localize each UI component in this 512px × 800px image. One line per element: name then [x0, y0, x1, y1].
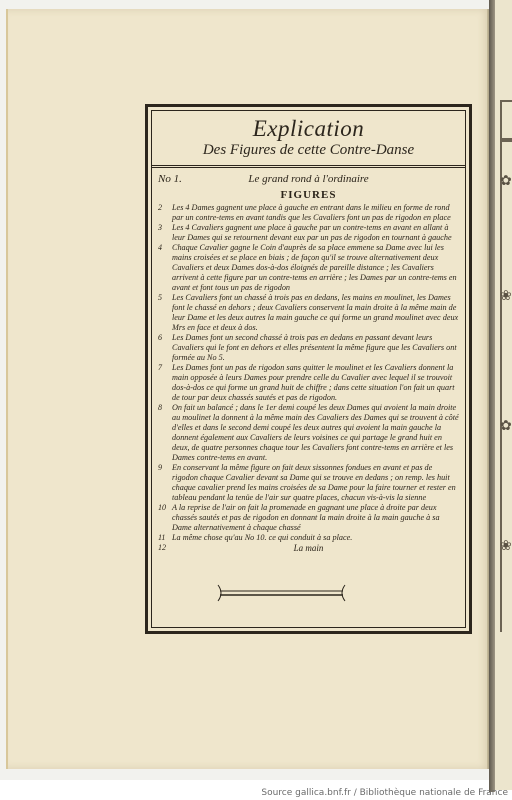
figure-item: 6Les Dames font un second chassé à trois… [154, 333, 463, 363]
figure-number: 3 [158, 223, 162, 233]
facing-page-diagram-frame [500, 140, 512, 632]
figure-text: Les Dames font un pas de rigodon sans qu… [172, 363, 455, 402]
engraved-frame: Explication Des Figures de cette Contre-… [145, 104, 472, 634]
figure-text: Les 4 Cavaliers gagnent une place à gauc… [172, 223, 452, 242]
dance-diagram-icon: ✿ [500, 175, 512, 189]
figure-text: En conservant la même figure on fait deu… [172, 463, 456, 502]
figures-list: 2Les 4 Dames gagnent une place à gauche … [154, 203, 463, 555]
figure-text: A la reprise de l'air on fait la promena… [172, 503, 440, 532]
figure-item: 2Les 4 Dames gagnent une place à gauche … [154, 203, 463, 223]
source-attribution: Source gallica.bnf.fr / Bibliothèque nat… [261, 788, 508, 798]
figure-number: 9 [158, 463, 162, 473]
figure-text: La main [154, 543, 463, 553]
facing-page-title-frame [500, 100, 512, 140]
figure-item: 3Les 4 Cavaliers gagnent une place à gau… [154, 223, 463, 243]
figure-number: 4 [158, 243, 162, 253]
figure-text: Les Cavaliers font un chassé à trois pas… [172, 293, 458, 332]
figure-number: 7 [158, 363, 162, 373]
figure-item: 7Les Dames font un pas de rigodon sans q… [154, 363, 463, 403]
figures-heading: FIGURES [154, 189, 463, 201]
figure-item: 11La même chose qu'au No 10. ce qui cond… [154, 533, 463, 543]
figure-item: 10A la reprise de l'air on fait la prome… [154, 503, 463, 533]
figure-text: Les Dames font un second chassé à trois … [172, 333, 457, 362]
figure-text: Chaque Cavalier gagne le Coin d'auprès d… [172, 243, 457, 292]
dance-diagram-icon: ✿ [500, 420, 512, 434]
figure-text: Les 4 Dames gagnent une place à gauche e… [172, 203, 451, 222]
figure-number: 8 [158, 403, 162, 413]
title-cartouche: Explication Des Figures de cette Contre-… [151, 110, 466, 168]
figure-number: 11 [158, 533, 165, 543]
figure-item: 8On fait un balancé ; dans le 1er demi c… [154, 403, 463, 463]
figure-item: 9En conservant la même figure on fait de… [154, 463, 463, 503]
final-figure: 12 La main [154, 543, 463, 555]
ornamental-rule-icon [214, 583, 349, 603]
figure-text: La même chose qu'au No 10. ce qui condui… [172, 533, 352, 542]
dance-diagram-icon: ❀ [500, 290, 512, 304]
figure-item: 5Les Cavaliers font un chassé à trois pa… [154, 293, 463, 333]
dance-diagram-icon: ❀ [500, 540, 512, 554]
page-title: Explication [151, 116, 466, 142]
figures-body: No 1. Le grand rond à l'ordinaire FIGURE… [154, 173, 463, 623]
figure-number: 5 [158, 293, 162, 303]
intro-row: No 1. Le grand rond à l'ordinaire [154, 173, 463, 187]
figure-number: 2 [158, 203, 162, 213]
figure-item: 4Chaque Cavalier gagne le Coin d'auprès … [154, 243, 463, 293]
figure-number: 6 [158, 333, 162, 343]
intro-text: Le grand rond à l'ordinaire [154, 173, 463, 185]
figure-text: On fait un balancé ; dans le 1er demi co… [172, 403, 459, 462]
figure-number: 10 [158, 503, 166, 513]
page-subtitle: Des Figures de cette Contre-Danse [151, 142, 466, 159]
